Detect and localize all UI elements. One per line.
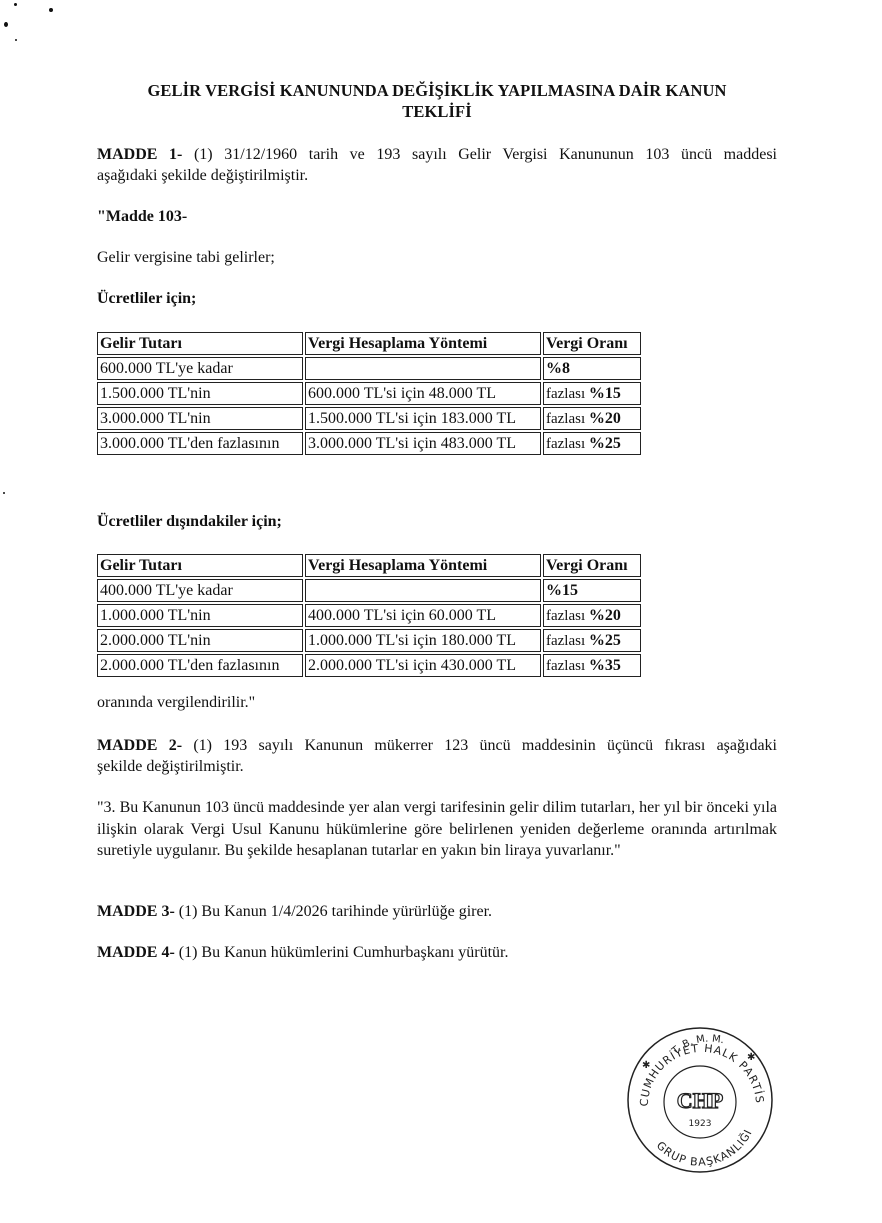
cell-vergi-hesaplama-yontemi: 2.000.000 TL'si için 430.000 TL: [305, 654, 541, 677]
cell-gelir-tutari: 3.000.000 TL'den fazlasının: [97, 432, 303, 455]
cell-vergi-hesaplama-yontemi: 1.500.000 TL'si için 183.000 TL: [305, 407, 541, 430]
cell-gelir-tutari: 1.000.000 TL'nin: [97, 604, 303, 627]
svg-text:✱: ✱: [642, 1060, 650, 1071]
cell-gelir-tutari: 1.500.000 TL'nin: [97, 382, 303, 405]
cell-vergi-hesaplama-yontemi: 400.000 TL'si için 60.000 TL: [305, 604, 541, 627]
header-vergi-orani: Vergi Oranı: [543, 554, 641, 577]
closing: oranında vergilendirilir.": [97, 692, 777, 713]
scan-speck: [49, 8, 53, 12]
table-row: 3.000.000 TL'nin1.500.000 TL'si için 183…: [97, 407, 641, 430]
ucretliler-tax-table: Gelir Tutarı Vergi Hesaplama Yöntemi Ver…: [95, 330, 643, 457]
rate-value: %20: [589, 410, 621, 427]
scan-speck: [14, 3, 17, 6]
scan-speck: [3, 492, 5, 494]
cell-vergi-hesaplama-yontemi: 600.000 TL'si için 48.000 TL: [305, 382, 541, 405]
madde-2-text-1: (1) 193 sayılı Kanunun mükerrer 123 üncü…: [182, 737, 777, 754]
ucretliler-heading: Ücretliler için;: [97, 288, 777, 309]
table-header-row: Gelir Tutarı Vergi Hesaplama Yöntemi Ver…: [97, 332, 641, 355]
cell-gelir-tutari: 3.000.000 TL'nin: [97, 407, 303, 430]
header-vergi-orani: Vergi Oranı: [543, 332, 641, 355]
madde-2-line-2: şekilde değiştirilmiştir.: [97, 756, 777, 777]
stamp-bottom-text: GRUP BAŞKANLIĞI: [654, 1127, 755, 1169]
stamp-year: 1923: [689, 1119, 712, 1129]
svg-text:✱: ✱: [747, 1052, 755, 1063]
madde-3-label: MADDE 3-: [97, 903, 175, 920]
madde-2-quote-text: "3. Bu Kanunun 103 üncü maddesinde yer a…: [97, 797, 777, 862]
ucretliler-disindakiler-tax-table: Gelir Tutarı Vergi Hesaplama Yöntemi Ver…: [95, 552, 643, 679]
rate-prefix: fazlası: [546, 436, 589, 452]
scan-speck: [15, 39, 17, 41]
svg-text:GRUP BAŞKANLIĞI: GRUP BAŞKANLIĞI: [654, 1127, 755, 1169]
madde-103-heading-text: "Madde 103-: [97, 206, 777, 227]
cell-gelir-tutari: 600.000 TL'ye kadar: [97, 357, 303, 380]
cell-gelir-tutari: 400.000 TL'ye kadar: [97, 579, 303, 602]
title-line-2: TEKLİFİ: [97, 101, 777, 122]
table-header-row: Gelir Tutarı Vergi Hesaplama Yöntemi Ver…: [97, 554, 641, 577]
cell-vergi-hesaplama-yontemi: 3.000.000 TL'si için 483.000 TL: [305, 432, 541, 455]
cell-vergi-orani: fazlası %25: [543, 629, 641, 652]
cell-gelir-tutari: 2.000.000 TL'nin: [97, 629, 303, 652]
rate-value: %8: [546, 360, 570, 377]
cell-vergi-orani: fazlası %15: [543, 382, 641, 405]
cell-vergi-hesaplama-yontemi: [305, 357, 541, 380]
rate-value: %25: [589, 632, 621, 649]
madde-2: MADDE 2- (1) 193 sayılı Kanunun mükerrer…: [97, 735, 777, 777]
madde-1-line-2: aşağıdaki şekilde değiştirilmiştir.: [97, 165, 777, 186]
header-vergi-hesaplama-yontemi: Vergi Hesaplama Yöntemi: [305, 554, 541, 577]
rate-value: %35: [589, 657, 621, 674]
madde-1-label: MADDE 1-: [97, 146, 182, 163]
header-gelir-tutari: Gelir Tutarı: [97, 332, 303, 355]
table-row: 3.000.000 TL'den fazlasının3.000.000 TL'…: [97, 432, 641, 455]
stamp-center-text: CHP: [677, 1088, 723, 1113]
document-title: GELİR VERGİSİ KANUNUNDA DEĞİŞİKLİK YAPIL…: [97, 80, 777, 122]
table-row: 2.000.000 TL'den fazlasının2.000.000 TL'…: [97, 654, 641, 677]
rate-prefix: fazlası: [546, 386, 589, 402]
cell-vergi-orani: fazlası %35: [543, 654, 641, 677]
party-seal-stamp-icon: T. B. M. M. CUMHURİYET HALK PARTİSİ GRUP…: [620, 1020, 780, 1180]
cell-vergi-orani: %8: [543, 357, 641, 380]
cell-vergi-orani: fazlası %20: [543, 604, 641, 627]
rate-value: %25: [589, 435, 621, 452]
ucretliler-disindakiler-heading-text: Ücretliler dışındakiler için;: [97, 511, 777, 532]
rate-prefix: fazlası: [546, 411, 589, 427]
title-line-1: GELİR VERGİSİ KANUNUNDA DEĞİŞİKLİK YAPIL…: [97, 80, 777, 101]
rate-prefix: fazlası: [546, 608, 589, 624]
madde-3-text: MADDE 3- (1) Bu Kanun 1/4/2026 tarihinde…: [97, 901, 777, 922]
ucretliler-disindakiler-heading: Ücretliler dışındakiler için;: [97, 511, 777, 532]
madde-4: MADDE 4- (1) Bu Kanun hükümlerini Cumhur…: [97, 942, 777, 963]
rate-value: %15: [546, 582, 578, 599]
header-gelir-tutari: Gelir Tutarı: [97, 554, 303, 577]
madde-4-label: MADDE 4-: [97, 944, 175, 961]
table-row: 600.000 TL'ye kadar%8: [97, 357, 641, 380]
table-row: 2.000.000 TL'nin1.000.000 TL'si için 180…: [97, 629, 641, 652]
ucretliler-heading-text: Ücretliler için;: [97, 288, 777, 309]
madde-2-quote: "3. Bu Kanunun 103 üncü maddesinde yer a…: [97, 797, 777, 862]
madde-103-heading: "Madde 103-: [97, 206, 777, 227]
madde-4-body: (1) Bu Kanun hükümlerini Cumhurbaşkanı y…: [175, 944, 509, 961]
madde-4-text: MADDE 4- (1) Bu Kanun hükümlerini Cumhur…: [97, 942, 777, 963]
madde-1-text-1: (1) 31/12/1960 tarih ve 193 sayılı Gelir…: [182, 146, 777, 163]
cell-vergi-orani: fazlası %20: [543, 407, 641, 430]
cell-gelir-tutari: 2.000.000 TL'den fazlasının: [97, 654, 303, 677]
table-row: 1.500.000 TL'nin600.000 TL'si için 48.00…: [97, 382, 641, 405]
madde-2-label: MADDE 2-: [97, 737, 182, 754]
cell-vergi-hesaplama-yontemi: [305, 579, 541, 602]
header-vergi-hesaplama-yontemi: Vergi Hesaplama Yöntemi: [305, 332, 541, 355]
cell-vergi-orani: fazlası %25: [543, 432, 641, 455]
rate-prefix: fazlası: [546, 658, 589, 674]
madde-1: MADDE 1- (1) 31/12/1960 tarih ve 193 say…: [97, 144, 777, 186]
cell-vergi-hesaplama-yontemi: 1.000.000 TL'si için 180.000 TL: [305, 629, 541, 652]
madde-2-line-1: MADDE 2- (1) 193 sayılı Kanunun mükerrer…: [97, 735, 777, 756]
table-row: 400.000 TL'ye kadar%15: [97, 579, 641, 602]
rate-value: %15: [589, 385, 621, 402]
madde-3-body: (1) Bu Kanun 1/4/2026 tarihinde yürürlüğ…: [175, 903, 492, 920]
closing-text: oranında vergilendirilir.": [97, 692, 777, 713]
cell-vergi-orani: %15: [543, 579, 641, 602]
madde-3: MADDE 3- (1) Bu Kanun 1/4/2026 tarihinde…: [97, 901, 777, 922]
madde-1-line-1: MADDE 1- (1) 31/12/1960 tarih ve 193 say…: [97, 144, 777, 165]
rate-prefix: fazlası: [546, 633, 589, 649]
rate-value: %20: [589, 607, 621, 624]
intro-text: Gelir vergisine tabi gelirler;: [97, 247, 777, 268]
table-row: 1.000.000 TL'nin400.000 TL'si için 60.00…: [97, 604, 641, 627]
scan-speck: [4, 22, 8, 27]
intro: Gelir vergisine tabi gelirler;: [97, 247, 777, 268]
